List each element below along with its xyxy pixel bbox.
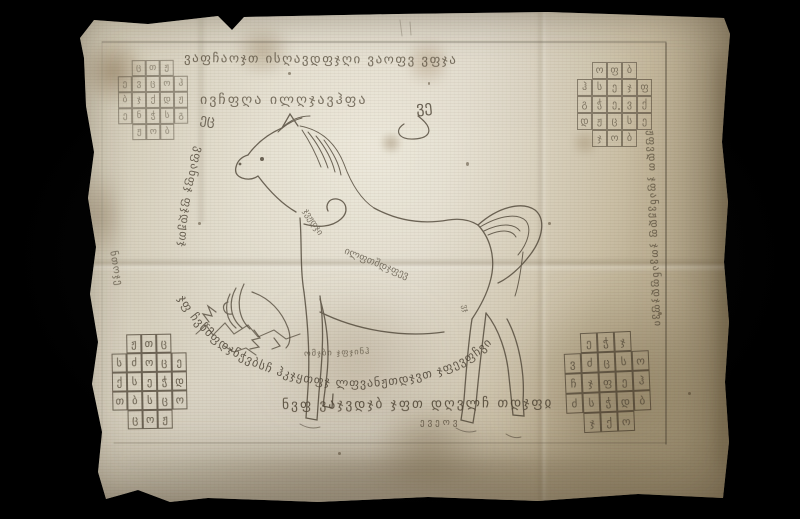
svg-text:ვე: ვე	[415, 96, 433, 117]
magic-square-cell	[174, 124, 188, 140]
magic-square-cell	[111, 334, 126, 353]
magic-square-cell: ჟ	[160, 60, 174, 76]
magic-square-cell: ს	[142, 391, 157, 410]
magic-square-cell: დ	[172, 371, 187, 390]
magic-square-cell	[563, 333, 581, 354]
magic-square-cell: დ	[160, 92, 174, 108]
magic-square-cell	[171, 333, 186, 352]
magic-square-cell: ნ	[132, 108, 146, 124]
horse-body-script-2: ვჯ	[460, 303, 471, 313]
magic-square-cell: ფ	[637, 79, 652, 96]
magic-square-cell: ჟ	[174, 92, 188, 108]
magic-square-cell: თ	[112, 391, 127, 410]
magic-square-cell: ჩ	[565, 373, 583, 394]
horse-mane	[278, 116, 374, 208]
horse-neck-script: ჯვჟდჯი	[301, 207, 325, 238]
magic-square-cell: ს	[160, 108, 174, 124]
magic-square-cell: ვ	[622, 96, 637, 113]
magic-square-cell: ვ	[564, 353, 582, 374]
magic-square-cell: ჯ	[583, 412, 601, 433]
horse-body-script: ილფთშდჯფევ	[343, 245, 411, 282]
magic-square-cell: ჯ	[622, 79, 637, 96]
magic-square-cell: ო	[142, 410, 157, 429]
magic-square-cell: ე	[637, 113, 652, 130]
magic-square-cell: ე	[118, 76, 132, 92]
magic-square-cell: ს	[112, 353, 127, 372]
magic-square-cell: ო	[142, 353, 157, 372]
magic-square-cell: ო	[172, 390, 187, 409]
numeral-25-glyph: ვე	[399, 96, 434, 139]
magic-square-cell: ჰ	[633, 370, 651, 391]
magic-square-cell: ე	[616, 371, 634, 392]
top-script-line-1: ვაფჩაოჯთ ისღავდფჯღი ვაოფვ ვფჯა	[184, 51, 457, 68]
magic-square-bottom-left: ჟთცსძოცექსეჭდთბსცოცოჟ	[111, 333, 188, 429]
magic-square-cell: ჟ	[592, 113, 607, 130]
magic-square-top-right: ოფბჰსეჯფგჭევქდჟცსეჯობ	[577, 62, 652, 147]
magic-square-cell: ს	[615, 351, 633, 372]
magic-square-cell: გ	[577, 96, 592, 113]
magic-square-cell: ე	[118, 108, 132, 124]
manuscript-cloth: ჯვჟდჯი ილფთშდჯფევ ვჯ ვე	[78, 12, 732, 506]
horse-drawing: ჯვჟდჯი ილფთშდჯფევ ვჯ	[236, 114, 542, 438]
magic-square-cell: ც	[132, 60, 146, 76]
magic-square-cell	[631, 330, 649, 351]
magic-square-cell: ბ	[127, 391, 142, 410]
magic-square-cell	[118, 60, 132, 76]
bottom-numerals: ევეოვ	[420, 418, 460, 428]
magic-square-cell: ძ	[127, 353, 142, 372]
magic-square-cell: ე	[142, 372, 157, 391]
magic-square-cell: დ	[616, 391, 634, 412]
magic-square-cell: თ	[146, 60, 160, 76]
magic-square-cell: ბ	[633, 390, 651, 411]
bottom-script-line: ნვფ ვაჯვდჯბ ჯფთ დღვლჩ თდჯფჲ	[282, 395, 553, 413]
magic-square-cell: ო	[160, 76, 174, 92]
magic-square-cell: ჰ	[174, 76, 188, 92]
magic-square-cell: ჯ	[614, 331, 632, 352]
magic-square-cell: ც	[146, 76, 160, 92]
magic-square-cell: ჟ	[126, 334, 141, 353]
magic-square-cell: ე	[171, 352, 186, 371]
ink-layer: ჯვჟდჯი ილფთშდჯფევ ვჯ ვე	[78, 12, 732, 506]
magic-square-cell: ე	[607, 96, 622, 113]
magic-square-cell: ფ	[607, 62, 622, 79]
magic-square-cell: ჭ	[146, 108, 160, 124]
magic-square-cell: ო	[617, 411, 635, 432]
magic-square-cell: ო	[146, 124, 160, 140]
magic-square-bottom-right: ეჭჯვძცსოჩჯფეჰძსჭდბჯქო	[563, 330, 652, 434]
magic-square-cell	[577, 130, 592, 147]
magic-square-cell: ც	[157, 353, 172, 372]
magic-square-cell: ბ	[118, 92, 132, 108]
magic-square-cell	[172, 409, 187, 428]
magic-square-cell: ც	[598, 352, 616, 373]
magic-square-cell	[113, 410, 128, 429]
magic-square-cell: ე	[607, 79, 622, 96]
magic-square-cell	[566, 413, 584, 434]
magic-square-cell: ჟ	[157, 410, 172, 429]
top-script-line-2: ივჩფღა ილღჯავჰფა	[200, 92, 367, 108]
magic-square-cell: ჯ	[592, 130, 607, 147]
magic-square-cell: ჟ	[132, 124, 146, 140]
magic-square-cell: ჯ	[582, 372, 600, 393]
magic-square-cell: დ	[577, 113, 592, 130]
magic-square-cell: ს	[582, 392, 600, 413]
magic-square-cell: ძ	[581, 352, 599, 373]
magic-square-cell: ჭ	[157, 372, 172, 391]
left-loop-glyph: ეც	[199, 111, 216, 129]
magic-square-cell: ს	[622, 113, 637, 130]
magic-square-cell	[577, 62, 592, 79]
magic-square-cell: ქ	[112, 372, 127, 391]
magic-square-cell: ვ	[132, 76, 146, 92]
magic-square-cell: ო	[632, 350, 650, 371]
magic-square-cell: ჭ	[592, 96, 607, 113]
magic-square-cell	[118, 124, 132, 140]
magic-square-cell: ჰ	[577, 79, 592, 96]
magic-square-cell: ე	[580, 332, 598, 353]
magic-square-cell: ც	[157, 391, 172, 410]
magic-square-top-left: ცთჟევცოჰბჯქდჟენჭსგჟობ	[118, 60, 189, 141]
magic-square-cell: ს	[592, 79, 607, 96]
magic-square-cell: ო	[592, 62, 607, 79]
magic-square-cell: ფ	[599, 372, 617, 393]
magic-square-cell: ო	[607, 130, 622, 147]
magic-square-cell: ც	[128, 410, 143, 429]
magic-square-cell: ჭ	[599, 392, 617, 413]
magic-square-cell: გ	[174, 108, 188, 124]
magic-square-cell: ბ	[622, 62, 637, 79]
magic-square-cell: ჯ	[132, 92, 146, 108]
horse-tail	[478, 206, 542, 296]
magic-square-cell: ც	[607, 113, 622, 130]
magic-square-cell	[637, 62, 652, 79]
magic-square-cell: ძ	[565, 393, 583, 414]
magic-square-cell: ქ	[637, 96, 652, 113]
magic-square-cell: ბ	[622, 130, 637, 147]
magic-square-cell: თ	[141, 334, 156, 353]
magic-square-cell: ც	[156, 334, 171, 353]
magic-square-cell: ბ	[160, 124, 174, 140]
magic-square-cell: ქ	[600, 412, 618, 433]
photo-background: ჯვჟდჯი ილფთშდჯფევ ვჯ ვე	[0, 0, 800, 519]
left-diagonal-script: ვფანფჯ ფჯდჟთჯ	[176, 145, 207, 248]
magic-square-cell: ს	[127, 372, 142, 391]
magic-square-cell	[634, 410, 652, 431]
magic-square-cell: ქ	[146, 92, 160, 108]
magic-square-cell: ჭ	[597, 332, 615, 353]
